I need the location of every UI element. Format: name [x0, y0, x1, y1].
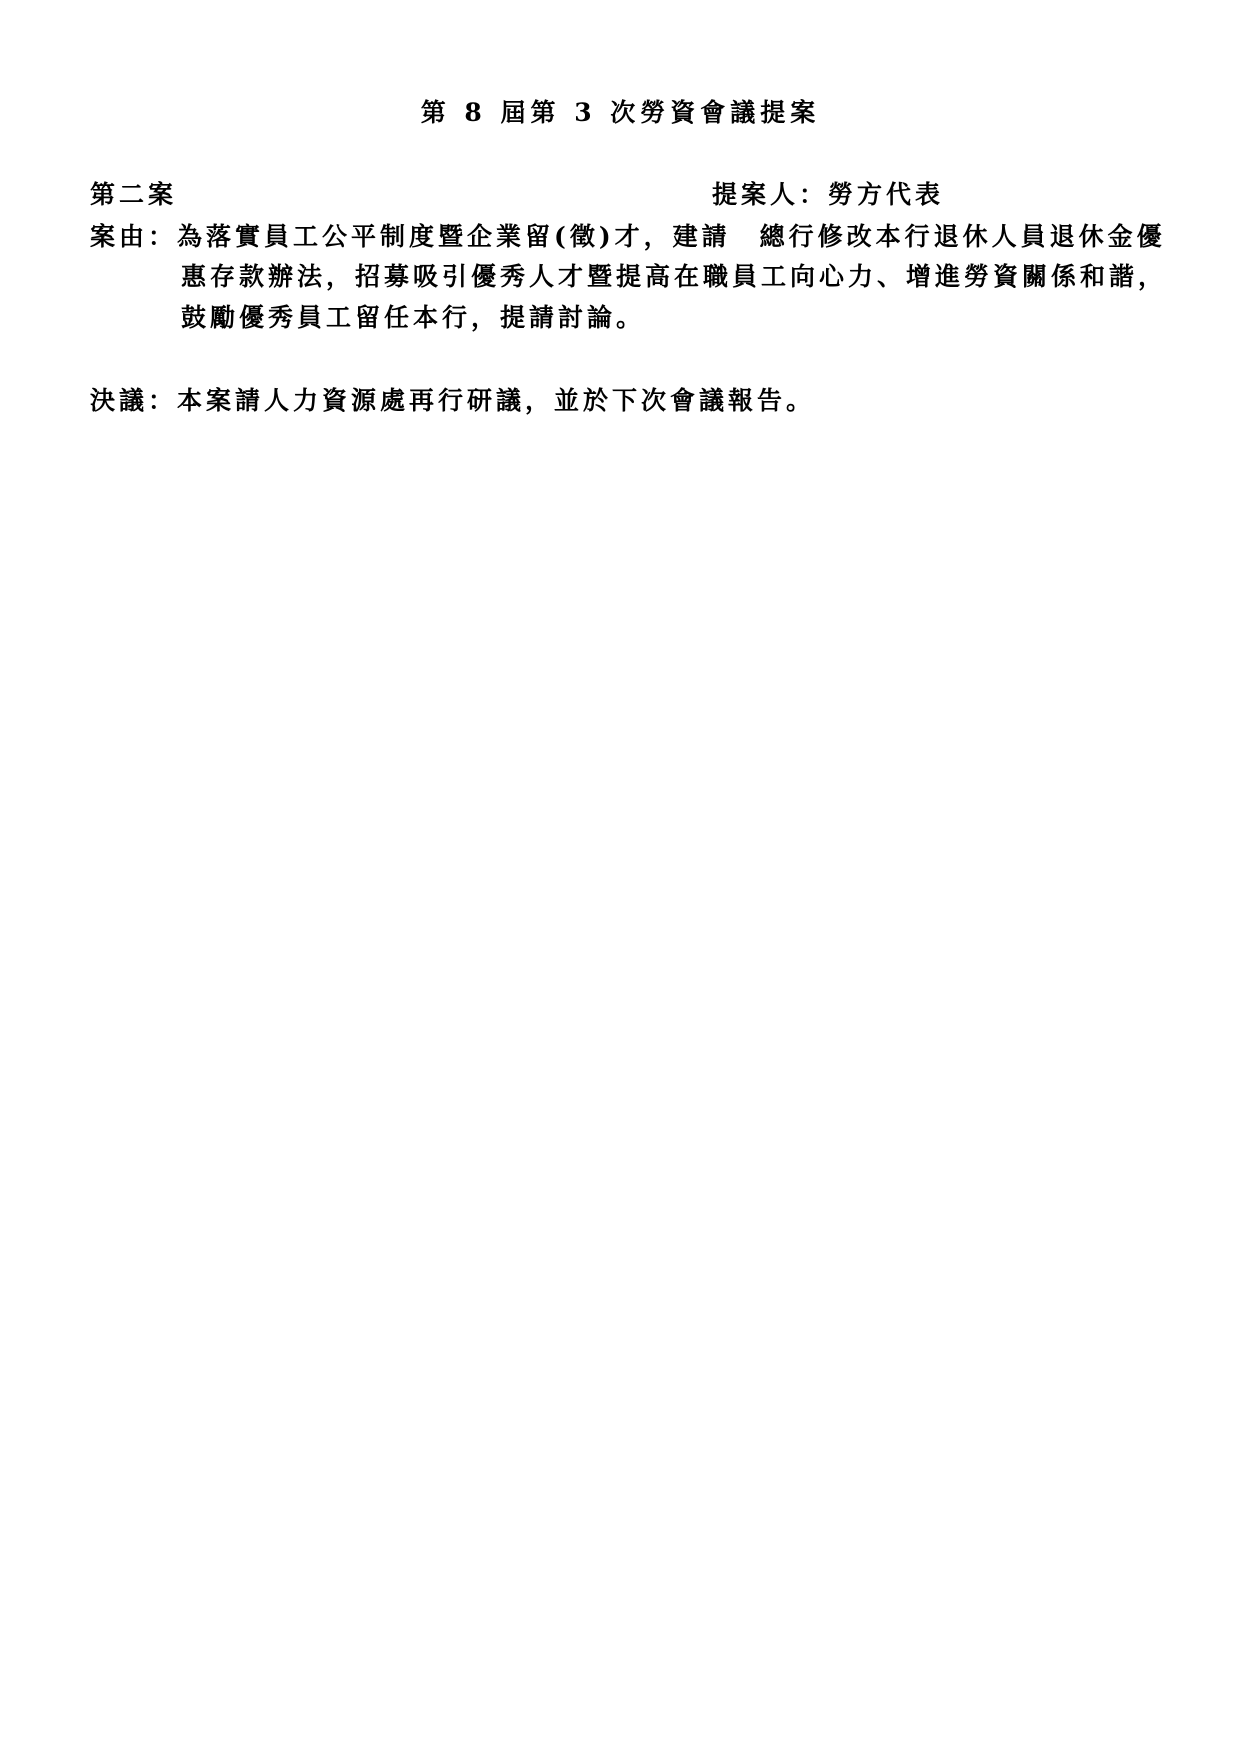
case-reason-line: 鼓勵優秀員工留任本行，提請討論。: [181, 303, 645, 333]
proposer: 提案人：勞方代表: [712, 180, 944, 210]
resolution: 決議：本案請人力資源處再行研議，並於下次會議報告。: [90, 386, 815, 416]
case-reason-line: 案由：為落實員工公平制度暨企業留(徵)才，建請 總行修改本行退休人員退休金優: [90, 222, 1166, 252]
document-page: 第 8 屆第 3 次勞資會議提案 第二案 提案人：勞方代表 案由：為落實員工公平…: [0, 0, 1241, 1755]
document-title: 第 8 屆第 3 次勞資會議提案: [0, 98, 1241, 128]
case-reason-line: 惠存款辦法，招募吸引優秀人才暨提高在職員工向心力、增進勞資關係和諧，: [181, 262, 1167, 292]
case-number: 第二案: [90, 180, 177, 210]
